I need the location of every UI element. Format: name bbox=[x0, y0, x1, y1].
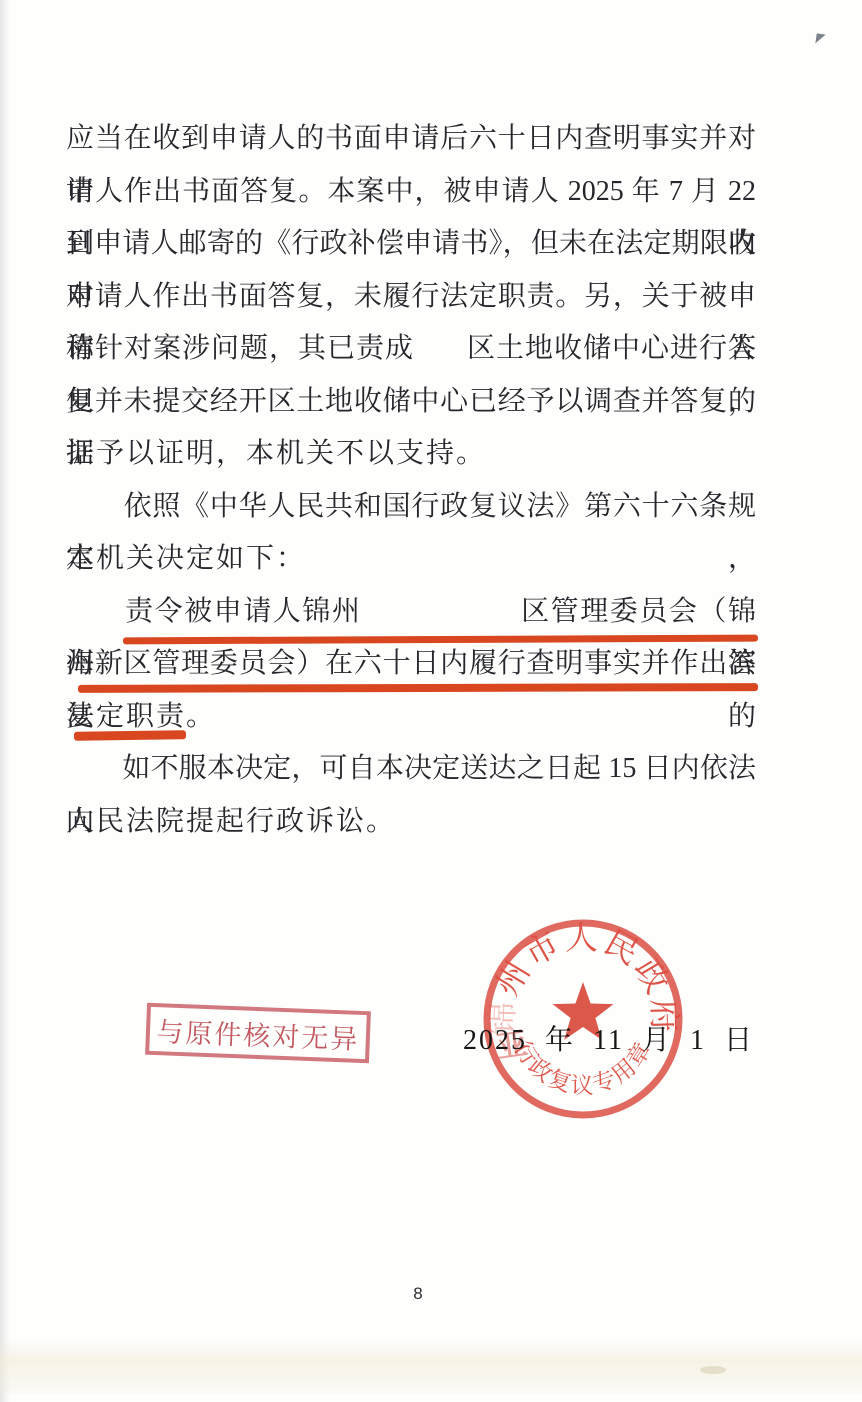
body-line-3: 到申请人邮寄的《行政补偿申请书》，但未在法定期限内对 bbox=[66, 218, 756, 271]
body-line-7: 据予以证明，本机关不以支持。 bbox=[66, 428, 756, 481]
scan-artifact-smudge bbox=[700, 1366, 726, 1374]
body-line-1: 应当在收到申请人的书面申请后六十日内查明事实并对申 bbox=[66, 113, 756, 166]
redaction-gap bbox=[362, 618, 520, 620]
scan-bottom-band bbox=[0, 1338, 862, 1394]
scan-edge-shadow bbox=[0, 0, 10, 1402]
emphasis-underline-3 bbox=[74, 730, 186, 741]
body-line-10-segment-a: 责令被申请人锦州 bbox=[66, 596, 362, 627]
redaction-gap bbox=[414, 355, 466, 357]
page-number: 8 bbox=[398, 1284, 438, 1304]
document-page: 应当在收到申请人的书面申请后六十日内查明事实并对申 请人作出书面答复。本案中，被… bbox=[0, 0, 862, 1402]
body-line-5: 称针对案涉问题，其已责成区土地收储中心进行答复， bbox=[66, 323, 756, 376]
verification-stamp-label: 与原件核对无异 bbox=[156, 1010, 360, 1057]
body-line-6: 但并未提交经开区土地收储中心已经予以调查并答复的证 bbox=[66, 376, 756, 429]
body-line-14: 人民法院提起行政诉讼。 bbox=[66, 796, 756, 849]
body-line-8: 依照《中华人民共和国行政复议法》第六十六条规定， bbox=[66, 481, 756, 534]
body-line-5-segment-a: 称针对案涉问题，其已责成 bbox=[66, 333, 414, 364]
body-line-4: 申请人作出书面答复，未履行法定职责。另，关于被申请人 bbox=[66, 271, 756, 324]
body-line-2: 请人作出书面答复。本案中，被申请人 2025 年 7 月 22 日收 bbox=[66, 166, 756, 219]
scan-artifact-mark bbox=[815, 33, 825, 44]
verification-stamp: 与原件核对无异 bbox=[145, 1003, 371, 1064]
decision-date: 2025 年 11 月 1 日 bbox=[463, 1018, 763, 1058]
body-line-13: 如不服本决定，可自本决定送达之日起 15 日内依法向 bbox=[66, 743, 756, 796]
body-line-10: 责令被申请人锦州区管理委员会（锦州滨 bbox=[66, 586, 756, 639]
